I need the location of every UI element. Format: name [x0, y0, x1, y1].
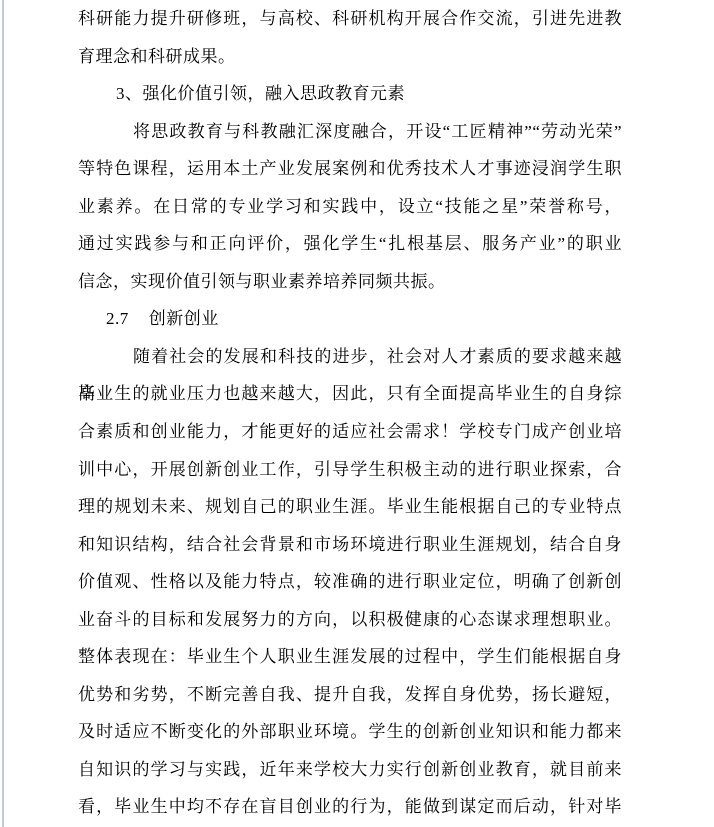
text-line: 随着社会的发展和科技的进步，社会对人才素质的要求越来越高， [78, 338, 622, 376]
text-line: 合素质和创业能力，才能更好的适应社会需求！学校专门成产创业培 [78, 413, 622, 451]
text-line: 科研能力提升研修班，与高校、科研机构开展合作交流，引进先进教 [78, 0, 622, 38]
text-line: 价值观、性格以及能力特点，较准确的进行职业定位，明确了创新创 [78, 563, 622, 601]
text-line: 训中心，开展创新创业工作，引导学生积极主动的进行职业探索，合 [78, 451, 622, 489]
text-line: 和知识结构，结合社会背景和市场环境进行职业生涯规划，结合自身 [78, 526, 622, 564]
text-line: 通过实践参与和正向评价，强化学生“扎根基层、服务产业”的职业 [78, 225, 622, 263]
heading-title: 创新创业 [149, 309, 219, 328]
text-line: 信念，实现价值引领与职业素养培养同频共振。 [78, 263, 622, 301]
section-heading-3: 3、强化价值引领，融入思政教育元素 [78, 75, 622, 113]
text-line: 育理念和科研成果。 [78, 38, 622, 76]
text-line: 及时适应不断变化的外部职业环境。学生的创新创业知识和能力都来 [78, 713, 622, 751]
text-line: 等特色课程，运用本土产业发展案例和优秀技术人才事迹浸润学生职 [78, 150, 622, 188]
text-line: 优势和劣势，不断完善自我、提升自我，发挥自身优势，扬长避短， [78, 676, 622, 714]
heading-number: 2.7 [106, 309, 129, 328]
text-line: 理的规划未来、规划自己的职业生涯。毕业生能根据自己的专业特点 [78, 488, 622, 526]
text-line: 看，毕业生中均不存在盲目创业的行为，能做到谋定而后动，针对毕 [78, 788, 622, 826]
window-left-edge-line [2, 0, 4, 827]
document-page: 科研能力提升研修班，与高校、科研机构开展合作交流，引进先进教 育理念和科研成果。… [0, 0, 714, 827]
document-text-block: 科研能力提升研修班，与高校、科研机构开展合作交流，引进先进教 育理念和科研成果。… [78, 0, 622, 826]
text-line: 将思政教育与科教融汇深度融合，开设“工匠精神”“劳动光荣” [78, 113, 622, 151]
text-line: 业素养。在日常的专业学习和实践中，设立“技能之星”荣誉称号， [78, 188, 622, 226]
text-line: 自知识的学习与实践，近年来学校大力实行创新创业教育，就目前来 [78, 751, 622, 789]
text-line: 整体表现在：毕业生个人职业生涯发展的过程中，学生们能根据自身 [78, 638, 622, 676]
section-heading-2-7: 2.7创新创业 [78, 300, 622, 338]
text-line: 业奋斗的目标和发展努力的方向，以积极健康的心态谋求理想职业。 [78, 601, 622, 639]
text-line: 毕业生的就业压力也越来越大，因此，只有全面提高毕业生的自身综 [78, 375, 622, 413]
